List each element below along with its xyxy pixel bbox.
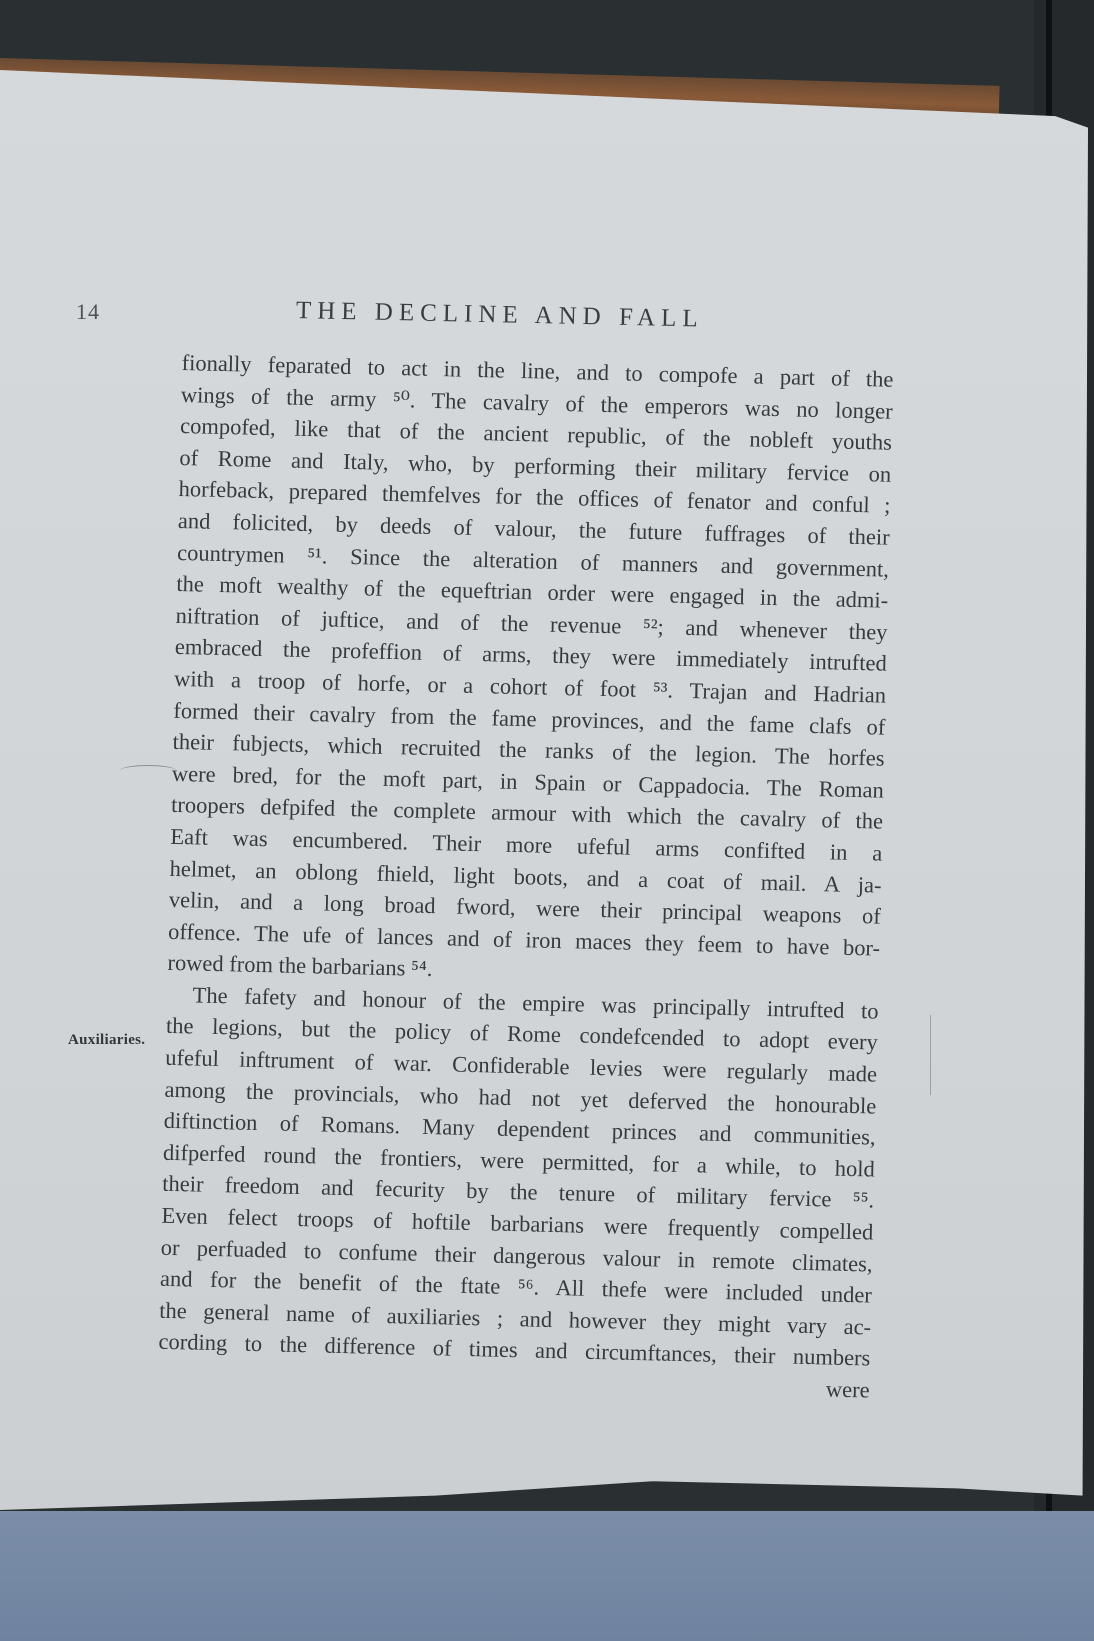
- pencil-margin-line: [930, 1015, 935, 1095]
- page-header: 14 THE DECLINE AND FALL: [0, 295, 1088, 335]
- book-page: 14 THE DECLINE AND FALL Auxiliaries. fio…: [0, 70, 1088, 1510]
- page-number: 14: [76, 299, 100, 325]
- pencil-mark: [120, 765, 176, 776]
- running-title: THE DECLINE AND FALL: [296, 297, 704, 334]
- marginal-note-auxiliaries: Auxiliaries.: [68, 1032, 145, 1049]
- body-text: fionally feparated to act in the line, a…: [157, 347, 893, 1406]
- table-surface: [0, 1511, 1094, 1641]
